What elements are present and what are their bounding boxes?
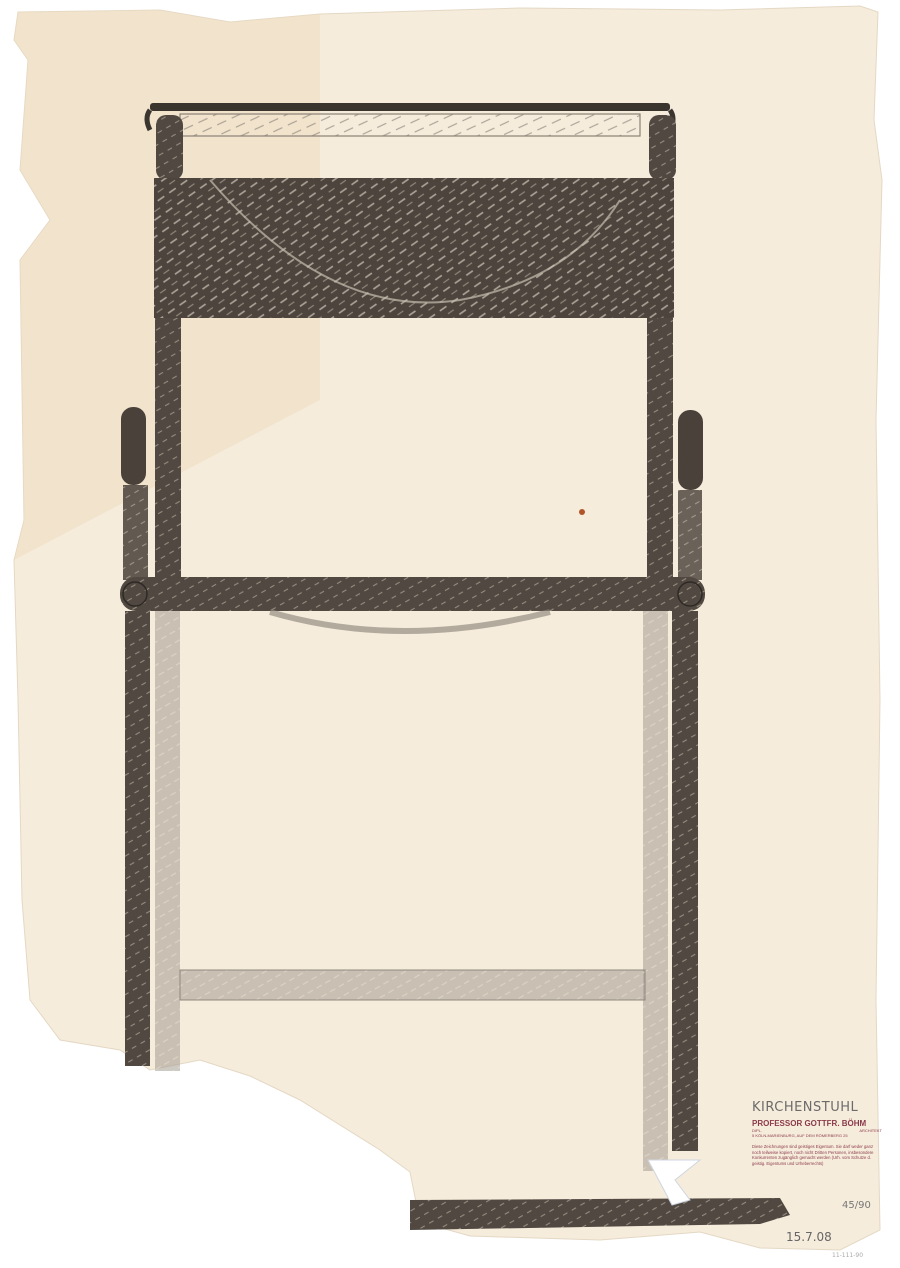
- stamp-office-name: PROFESSOR GOTTFR. BÖHM: [752, 1119, 882, 1128]
- stamp-copyright-note: Diese Zeichnungen sind geistiges Eigentu…: [752, 1144, 882, 1166]
- handwritten-date: 15.7.08: [786, 1230, 832, 1244]
- stamp-address: 5 KÖLN-MARIENBURG, AUF DEM RÖMERBERG 25: [752, 1133, 882, 1138]
- inventory-number: 11-111-90: [832, 1252, 863, 1259]
- stamp-title: KIRCHENSTUHL: [752, 1100, 882, 1115]
- scanned-drawing: KIRCHENSTUHL PROFESSOR GOTTFR. BÖHM DIPL…: [0, 0, 900, 1268]
- edition-number: 45/90: [842, 1200, 871, 1211]
- chair-illustration: [0, 0, 900, 1268]
- stamp-line2-right: ARCHITEKT: [859, 1128, 882, 1133]
- architect-stamp: KIRCHENSTUHL PROFESSOR GOTTFR. BÖHM DIPL…: [752, 1100, 882, 1166]
